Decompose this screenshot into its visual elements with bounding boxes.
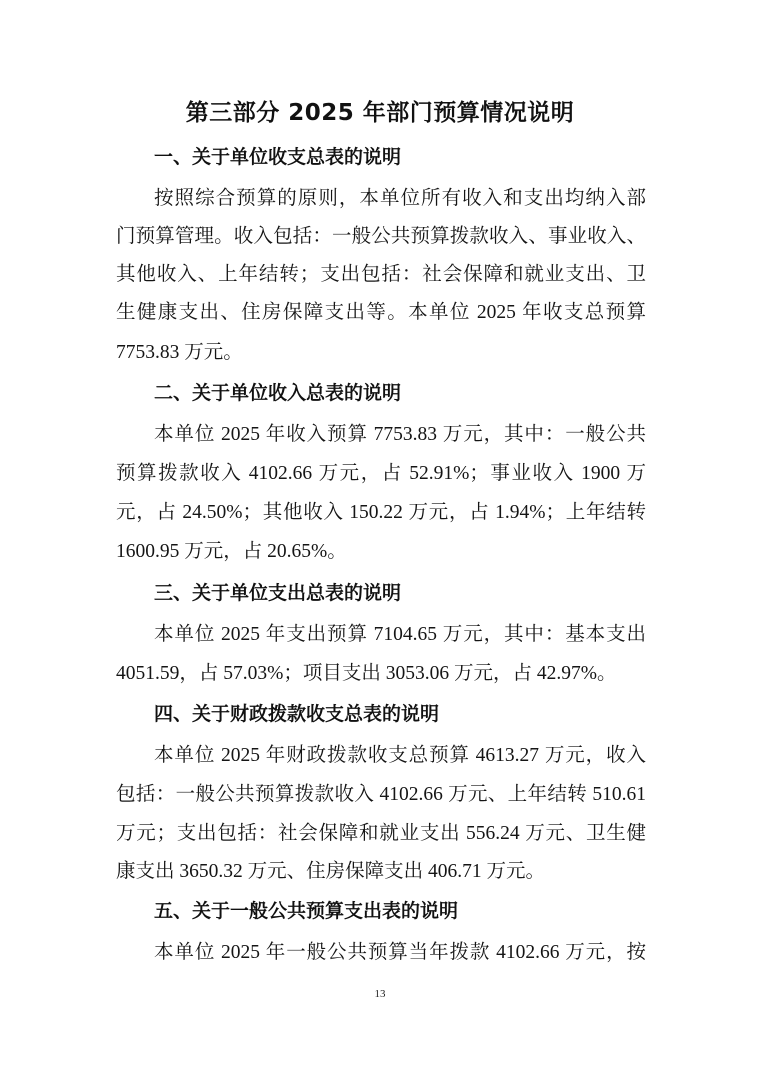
page-number: 13: [0, 988, 760, 1000]
paragraph-line: 7753.83 万元。: [116, 336, 646, 364]
paragraph-line: 万元；支出包括：社会保障和就业支出 556.24 万元、卫生健: [116, 817, 646, 845]
paragraph-line: 按照综合预算的原则，本单位所有收入和支出均纳入部: [154, 182, 646, 210]
document-page: 第三部分 2025 年部门预算情况说明 一、关于单位收支总表的说明 按照综合预算…: [0, 0, 760, 1074]
page-title: 第三部分 2025 年部门预算情况说明: [0, 94, 760, 127]
paragraph-line: 4051.59，占 57.03%；项目支出 3053.06 万元，占 42.97…: [116, 657, 646, 685]
paragraph-line: 其他收入、上年结转；支出包括：社会保障和就业支出、卫: [116, 258, 646, 286]
paragraph-line: 康支出 3650.32 万元、住房保障支出 406.71 万元。: [116, 855, 646, 883]
section-heading-4: 四、关于财政拨款收支总表的说明: [154, 699, 439, 726]
paragraph-line: 本单位 2025 年支出预算 7104.65 万元，其中：基本支出: [154, 618, 646, 646]
paragraph-line: 门预算管理。收入包括：一般公共预算拨款收入、事业收入、: [116, 220, 646, 248]
paragraph-line: 本单位 2025 年收入预算 7753.83 万元，其中：一般公共: [154, 418, 646, 446]
paragraph-line: 1600.95 万元，占 20.65%。: [116, 535, 646, 563]
section-heading-3: 三、关于单位支出总表的说明: [154, 578, 401, 605]
paragraph-line: 包括：一般公共预算拨款收入 4102.66 万元、上年结转 510.61: [116, 778, 646, 806]
paragraph-line: 本单位 2025 年一般公共预算当年拨款 4102.66 万元，按: [154, 936, 646, 964]
paragraph-line: 预算拨款收入 4102.66 万元，占 52.91%；事业收入 1900 万: [116, 457, 646, 485]
paragraph-line: 本单位 2025 年财政拨款收支总预算 4613.27 万元，收入: [154, 739, 646, 767]
section-heading-2: 二、关于单位收入总表的说明: [154, 378, 401, 405]
section-heading-1: 一、关于单位收支总表的说明: [154, 142, 401, 169]
paragraph-line: 元，占 24.50%；其他收入 150.22 万元，占 1.94%；上年结转: [116, 496, 646, 524]
paragraph-line: 生健康支出、住房保障支出等。本单位 2025 年收支总预算: [116, 296, 646, 324]
section-heading-5: 五、关于一般公共预算支出表的说明: [154, 896, 458, 923]
